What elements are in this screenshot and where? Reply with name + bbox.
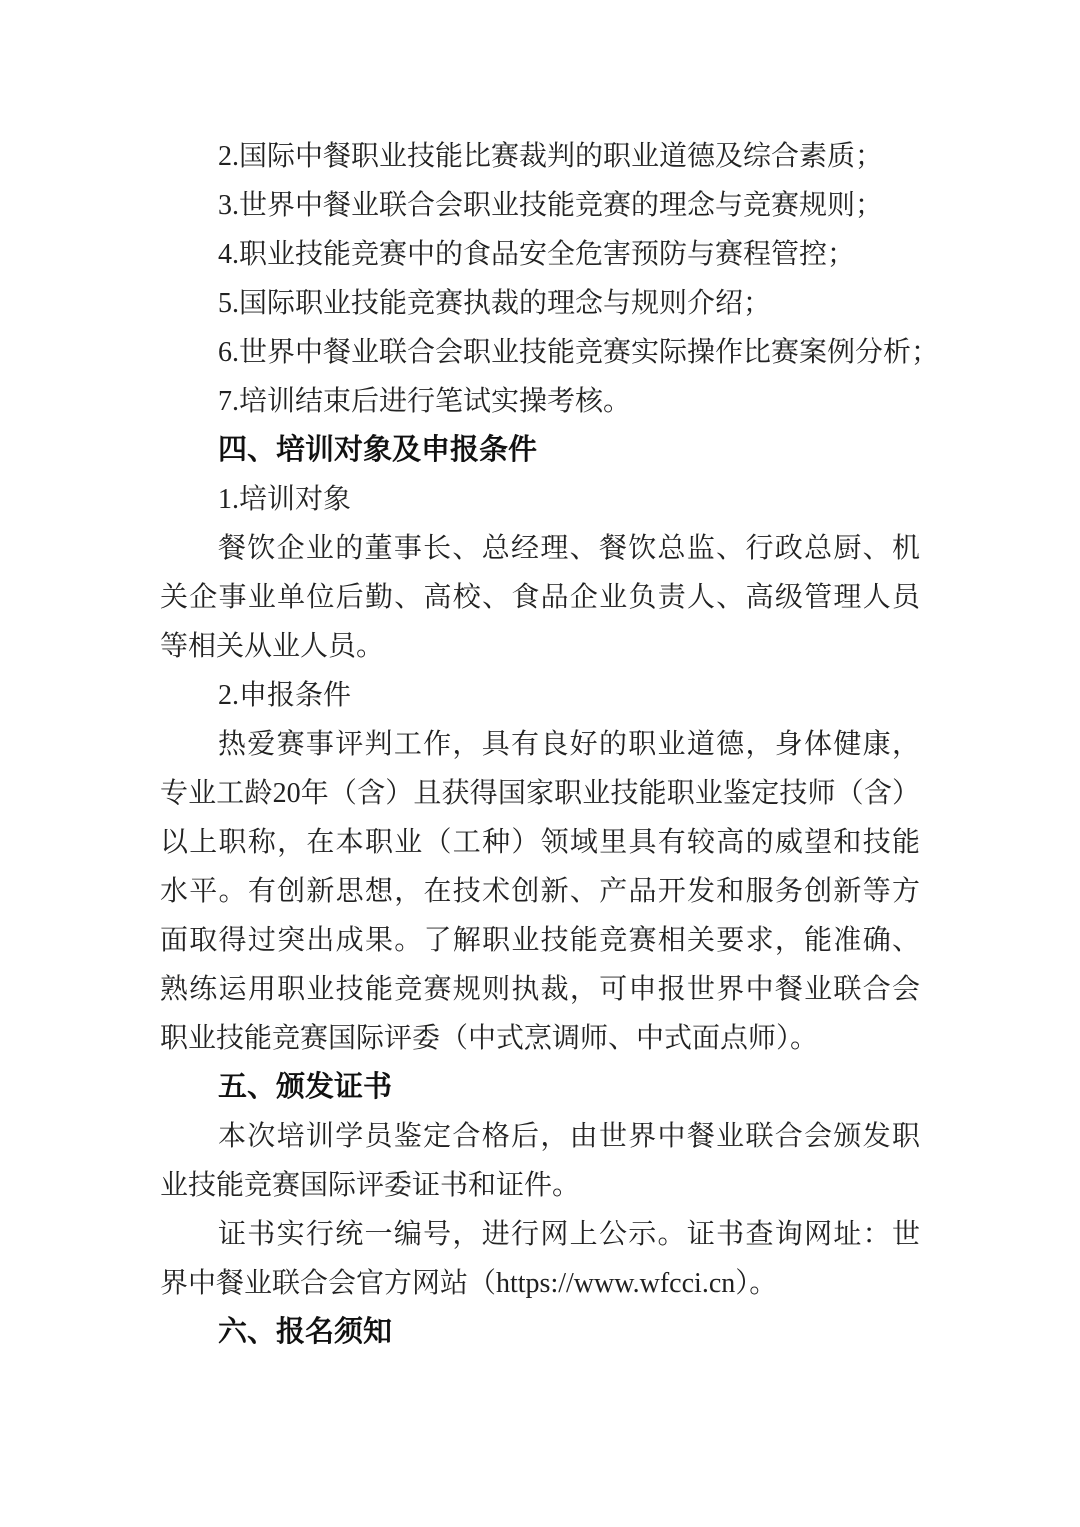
paragraph-line: 熟练运用职业技能竞赛规则执裁，可申报世界中餐业联合会 [160,965,920,1014]
paragraph-line: 等相关从业人员。 [160,622,920,671]
curriculum-item: 3.世界中餐业联合会职业技能竞赛的理念与竞赛规则； [160,181,920,230]
curriculum-item: 4.职业技能竞赛中的食品安全危害预防与赛程管控； [160,230,920,279]
curriculum-item: 5.国际职业技能竞赛执裁的理念与规则介绍； [160,279,920,328]
curriculum-item: 6.世界中餐业联合会职业技能竞赛实际操作比赛案例分析； [160,328,920,377]
section-heading-training-targets: 四、培训对象及申报条件 [160,426,920,475]
curriculum-item: 2.国际中餐职业技能比赛裁判的职业道德及综合素质； [160,132,920,181]
section-heading-certificates: 五、颁发证书 [160,1063,920,1112]
subsection-title-training-targets: 1.培训对象 [160,475,920,524]
document-body: 2.国际中餐职业技能比赛裁判的职业道德及综合素质； 3.世界中餐业联合会职业技能… [160,132,920,1357]
paragraph-line: 以上职称，在本职业（工种）领域里具有较高的威望和技能 [160,818,920,867]
paragraph-line: 水平。有创新思想，在技术创新、产品开发和服务创新等方 [160,867,920,916]
subsection-title-application-conditions: 2.申报条件 [160,671,920,720]
paragraph-line: 本次培训学员鉴定合格后，由世界中餐业联合会颁发职 [160,1112,920,1161]
paragraph-line: 面取得过突出成果。了解职业技能竞赛相关要求，能准确、 [160,916,920,965]
paragraph-line: 专业工龄20年（含）且获得国家职业技能职业鉴定技师（含） [160,769,920,818]
document-page: 2.国际中餐职业技能比赛裁判的职业道德及综合素质； 3.世界中餐业联合会职业技能… [0,0,1080,1527]
curriculum-item: 7.培训结束后进行笔试实操考核。 [160,377,920,426]
paragraph-line: 餐饮企业的董事长、总经理、餐饮总监、行政总厨、机 [160,524,920,573]
paragraph-line: 热爱赛事评判工作，具有良好的职业道德，身体健康， [160,720,920,769]
paragraph-line: 职业技能竞赛国际评委（中式烹调师、中式面点师）。 [160,1014,920,1063]
section-heading-registration: 六、报名须知 [160,1308,920,1357]
paragraph-line: 关企事业单位后勤、高校、食品企业负责人、高级管理人员 [160,573,920,622]
paragraph-line: 业技能竞赛国际评委证书和证件。 [160,1161,920,1210]
paragraph-line-with-url: 界中餐业联合会官方网站（https://www.wfcci.cn）。 [160,1259,920,1308]
paragraph-line: 证书实行统一编号，进行网上公示。证书查询网址：世 [160,1210,920,1259]
